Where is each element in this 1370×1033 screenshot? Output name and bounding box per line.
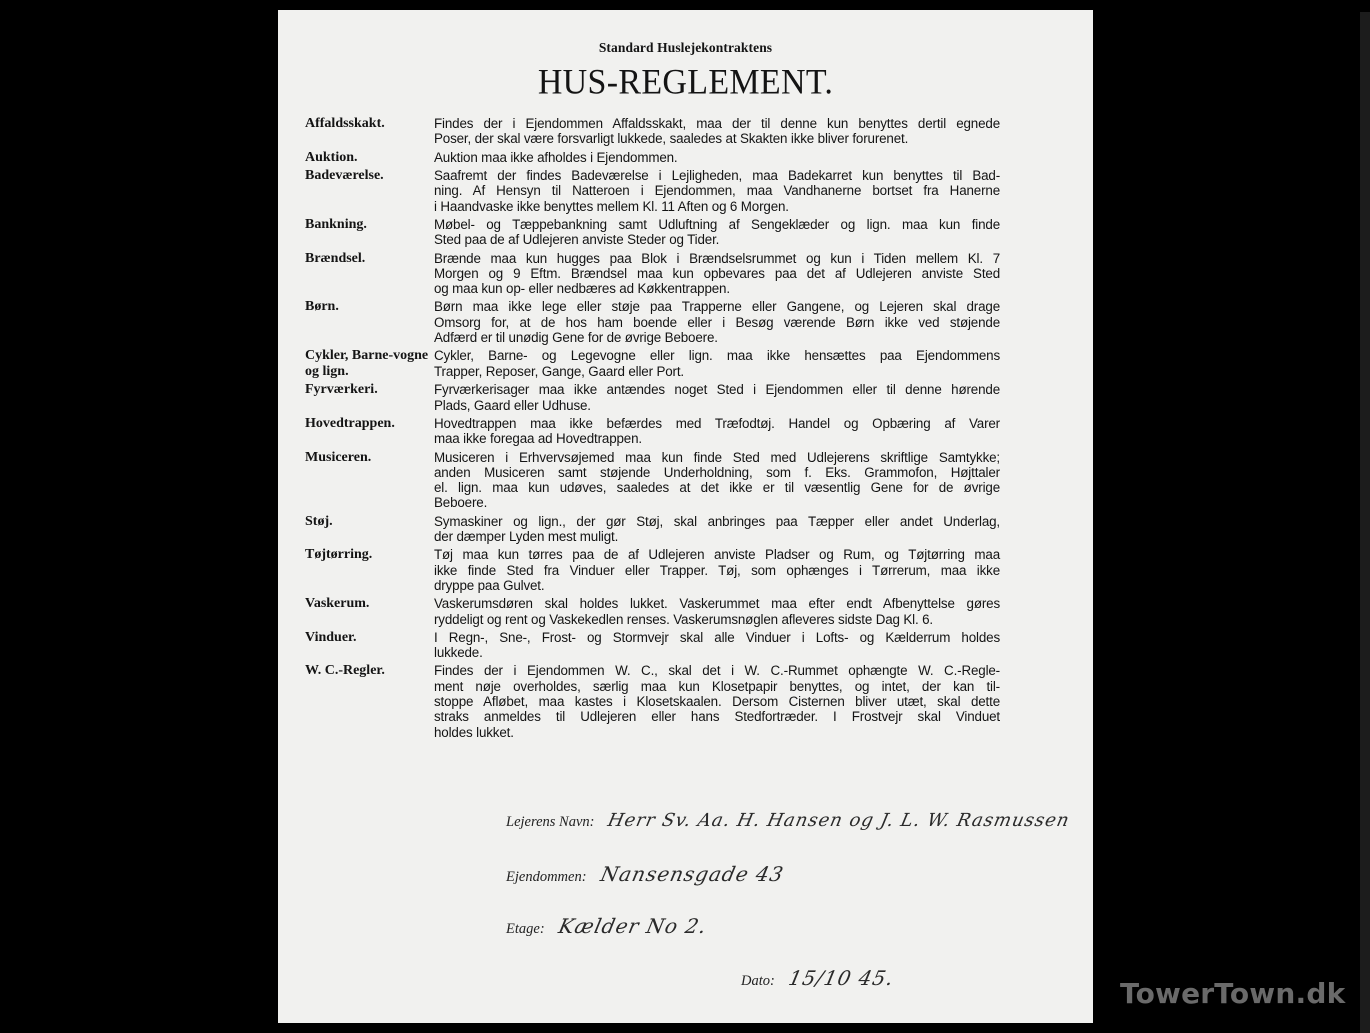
rule-text-line: Morgen og 9 Eftm. Brændsel maa kun opbev… xyxy=(434,266,1000,281)
rule-row: Vinduer.I Regn-, Sne-, Frost- og Stormve… xyxy=(305,630,1000,661)
rule-text-line: Brænde maa kun hugges paa Blok i Brændse… xyxy=(434,251,1000,266)
document-title: HUS-REGLEMENT. xyxy=(278,63,1093,103)
rule-text-line: Findes der i Ejendommen W. C., skal det … xyxy=(434,663,1000,678)
rule-term: Brændsel. xyxy=(305,251,434,297)
rule-text-line: ryddeligt og rent og Vaskekedlen renses.… xyxy=(434,612,1000,627)
rule-term: Tøjtørring. xyxy=(305,547,434,593)
rule-text-line: Musiceren i Erhvervsøjemed maa kun finde… xyxy=(434,450,1000,465)
floor-field: Etage: Kælder No 2. xyxy=(506,914,706,938)
rule-text-line: Trapper, Reposer, Gange, Gaard eller Por… xyxy=(434,364,1000,379)
rule-text: Vaskerumsdøren skal holdes lukket. Vaske… xyxy=(434,596,1000,627)
property-label: Ejendommen: xyxy=(506,869,587,886)
rule-term: Musiceren. xyxy=(305,450,434,511)
rule-text-line: el. lign. maa kun udøves, saaledes at de… xyxy=(434,480,1000,495)
rule-text-line: ning. Af Hensyn til Natteroen i Ejendomm… xyxy=(434,183,1000,198)
rule-text-line: Fyrværkerisager maa ikke antændes noget … xyxy=(434,382,1000,397)
rule-text-line: Poser, der skal være forsvarligt lukkede… xyxy=(434,131,1000,146)
rule-text-line: Omsorg for, at de hos ham boende eller i… xyxy=(434,315,1000,330)
rule-row: Vaskerum.Vaskerumsdøren skal holdes lukk… xyxy=(305,596,1000,627)
rule-row: Bankning.Møbel- og Tæppebankning samt Ud… xyxy=(305,217,1000,248)
rule-text-line: holdes lukket. xyxy=(434,725,1000,740)
tenant-name-label: Lejerens Navn: xyxy=(506,814,594,831)
rule-text-line: ikke finde Sted fra Vinduer eller Trappe… xyxy=(434,563,1000,578)
rule-term: Hovedtrappen. xyxy=(305,416,434,447)
rule-text-line: Symaskiner og lign., der gør Støj, skal … xyxy=(434,514,1000,529)
floor-value: Kælder No 2. xyxy=(556,914,709,938)
rule-text: Findes der i Ejendommen W. C., skal det … xyxy=(434,663,1000,739)
watermark-logo: TowerTown.dk xyxy=(1120,977,1345,1010)
rule-text: Brænde maa kun hugges paa Blok i Brændse… xyxy=(434,251,1000,297)
rule-text-line: i Haandvaske ikke benyttes mellem Kl. 11… xyxy=(434,199,1000,214)
rule-row: Badeværelse.Saafremt der findes Badevære… xyxy=(305,168,1000,214)
rule-text-line: maa ikke foregaa ad Hovedtrappen. xyxy=(434,431,1000,446)
rule-text-line: Vaskerumsdøren skal holdes lukket. Vaske… xyxy=(434,596,1000,611)
rule-text-line: Møbel- og Tæppebankning samt Udluftning … xyxy=(434,217,1000,232)
tenant-name-field: Lejerens Navn: Herr Sv. Aa. H. Hansen og… xyxy=(506,810,1070,831)
document-subtitle: Standard Huslejekontraktens xyxy=(278,40,1093,56)
rule-text-line: anden Musiceren samt støjende Underholdn… xyxy=(434,465,1000,480)
rule-text-line: Børn maa ikke lege eller støje paa Trapp… xyxy=(434,299,1000,314)
date-value: 15/10 45. xyxy=(786,966,896,990)
rule-text: I Regn-, Sne-, Frost- og Stormvejr skal … xyxy=(434,630,1000,661)
rule-text-line: Sted paa de af Udlejeren anviste Steder … xyxy=(434,232,1000,247)
rule-text: Møbel- og Tæppebankning samt Udluftning … xyxy=(434,217,1000,248)
rule-text: Fyrværkerisager maa ikke antændes noget … xyxy=(434,382,1000,413)
tenant-name-value: Herr Sv. Aa. H. Hansen og J. L. W. Rasmu… xyxy=(606,810,1072,831)
rule-text: Findes der i Ejendommen Affaldsskakt, ma… xyxy=(434,116,1000,147)
rule-row: Auktion.Auktion maa ikke afholdes i Ejen… xyxy=(305,150,1000,166)
rule-row: W. C.-Regler.Findes der i Ejendommen W. … xyxy=(305,663,1000,739)
rule-row: Fyrværkeri.Fyrværkerisager maa ikke antæ… xyxy=(305,382,1000,413)
rule-text-line: lukkede. xyxy=(434,645,1000,660)
rule-text-line: Adfærd er til unødig Gene for de øvrige … xyxy=(434,330,1000,345)
rules-list: Affaldsskakt.Findes der i Ejendommen Aff… xyxy=(305,116,1000,743)
rule-term: Affaldsskakt. xyxy=(305,116,434,147)
date-label: Dato: xyxy=(741,973,775,990)
rule-term: Vaskerum. xyxy=(305,596,434,627)
rule-term: Auktion. xyxy=(305,150,434,166)
rule-text-line: dryppe paa Gulvet. xyxy=(434,578,1000,593)
rule-text-line: Beboere. xyxy=(434,495,1000,510)
rule-text: Auktion maa ikke afholdes i Ejendommen. xyxy=(434,150,1000,166)
rule-row: Tøjtørring.Tøj maa kun tørres paa de af … xyxy=(305,547,1000,593)
rule-row: Brændsel.Brænde maa kun hugges paa Blok … xyxy=(305,251,1000,297)
rule-text-line: Hovedtrappen maa ikke befærdes med Træfo… xyxy=(434,416,1000,431)
rule-text-line: straks anmeldes til Udlejeren eller hans… xyxy=(434,709,1000,724)
rule-text: Musiceren i Erhvervsøjemed maa kun finde… xyxy=(434,450,1000,511)
rule-term: Støj. xyxy=(305,514,434,545)
rule-text-line: I Regn-, Sne-, Frost- og Stormvejr skal … xyxy=(434,630,1000,645)
rule-term: Fyrværkeri. xyxy=(305,382,434,413)
rule-row: Hovedtrappen.Hovedtrappen maa ikke befær… xyxy=(305,416,1000,447)
date-field: Dato: 15/10 45. xyxy=(741,966,894,990)
floor-label: Etage: xyxy=(506,921,545,938)
rule-text-line: Tøj maa kun tørres paa de af Udlejeren a… xyxy=(434,547,1000,562)
property-value: Nansensgade 43 xyxy=(598,862,786,886)
rule-text-line: Saafremt der findes Badeværelse i Lejlig… xyxy=(434,168,1000,183)
rule-term: Vinduer. xyxy=(305,630,434,661)
rule-row: Støj.Symaskiner og lign., der gør Støj, … xyxy=(305,514,1000,545)
rule-row: Musiceren.Musiceren i Erhvervsøjemed maa… xyxy=(305,450,1000,511)
rule-text: Saafremt der findes Badeværelse i Lejlig… xyxy=(434,168,1000,214)
rule-text: Tøj maa kun tørres paa de af Udlejeren a… xyxy=(434,547,1000,593)
rule-term: Cykler, Barne-vogne og lign. xyxy=(305,348,434,379)
rule-text-line: ment nøje overholdes, særlig maa kun Klo… xyxy=(434,679,1000,694)
property-field: Ejendommen: Nansensgade 43 xyxy=(506,862,783,886)
rule-text-line: og maa kun op- eller nedbæres ad Køkkent… xyxy=(434,281,1000,296)
rule-term: W. C.-Regler. xyxy=(305,663,434,739)
rule-row: Affaldsskakt.Findes der i Ejendommen Aff… xyxy=(305,116,1000,147)
rule-term: Badeværelse. xyxy=(305,168,434,214)
rule-term: Børn. xyxy=(305,299,434,345)
document-page: Standard Huslejekontraktens HUS-REGLEMEN… xyxy=(278,10,1093,1023)
rule-text: Hovedtrappen maa ikke befærdes med Træfo… xyxy=(434,416,1000,447)
rule-row: Børn.Børn maa ikke lege eller støje paa … xyxy=(305,299,1000,345)
scrollbar[interactable] xyxy=(1360,12,1370,1033)
rule-text-line: Findes der i Ejendommen Affaldsskakt, ma… xyxy=(434,116,1000,131)
rule-text-line: Plads, Gaard eller Udhuse. xyxy=(434,398,1000,413)
rule-text-line: Auktion maa ikke afholdes i Ejendommen. xyxy=(434,150,1000,165)
rule-text: Børn maa ikke lege eller støje paa Trapp… xyxy=(434,299,1000,345)
rule-text-line: stoppe Afløbet, maa kastes i Klosetskaal… xyxy=(434,694,1000,709)
rule-term: Bankning. xyxy=(305,217,434,248)
rule-text: Symaskiner og lign., der gør Støj, skal … xyxy=(434,514,1000,545)
rule-row: Cykler, Barne-vogne og lign.Cykler, Barn… xyxy=(305,348,1000,379)
rule-text-line: Cykler, Barne- og Legevogne eller lign. … xyxy=(434,348,1000,363)
rule-text: Cykler, Barne- og Legevogne eller lign. … xyxy=(434,348,1000,379)
rule-text-line: der dæmper Lyden mest muligt. xyxy=(434,529,1000,544)
